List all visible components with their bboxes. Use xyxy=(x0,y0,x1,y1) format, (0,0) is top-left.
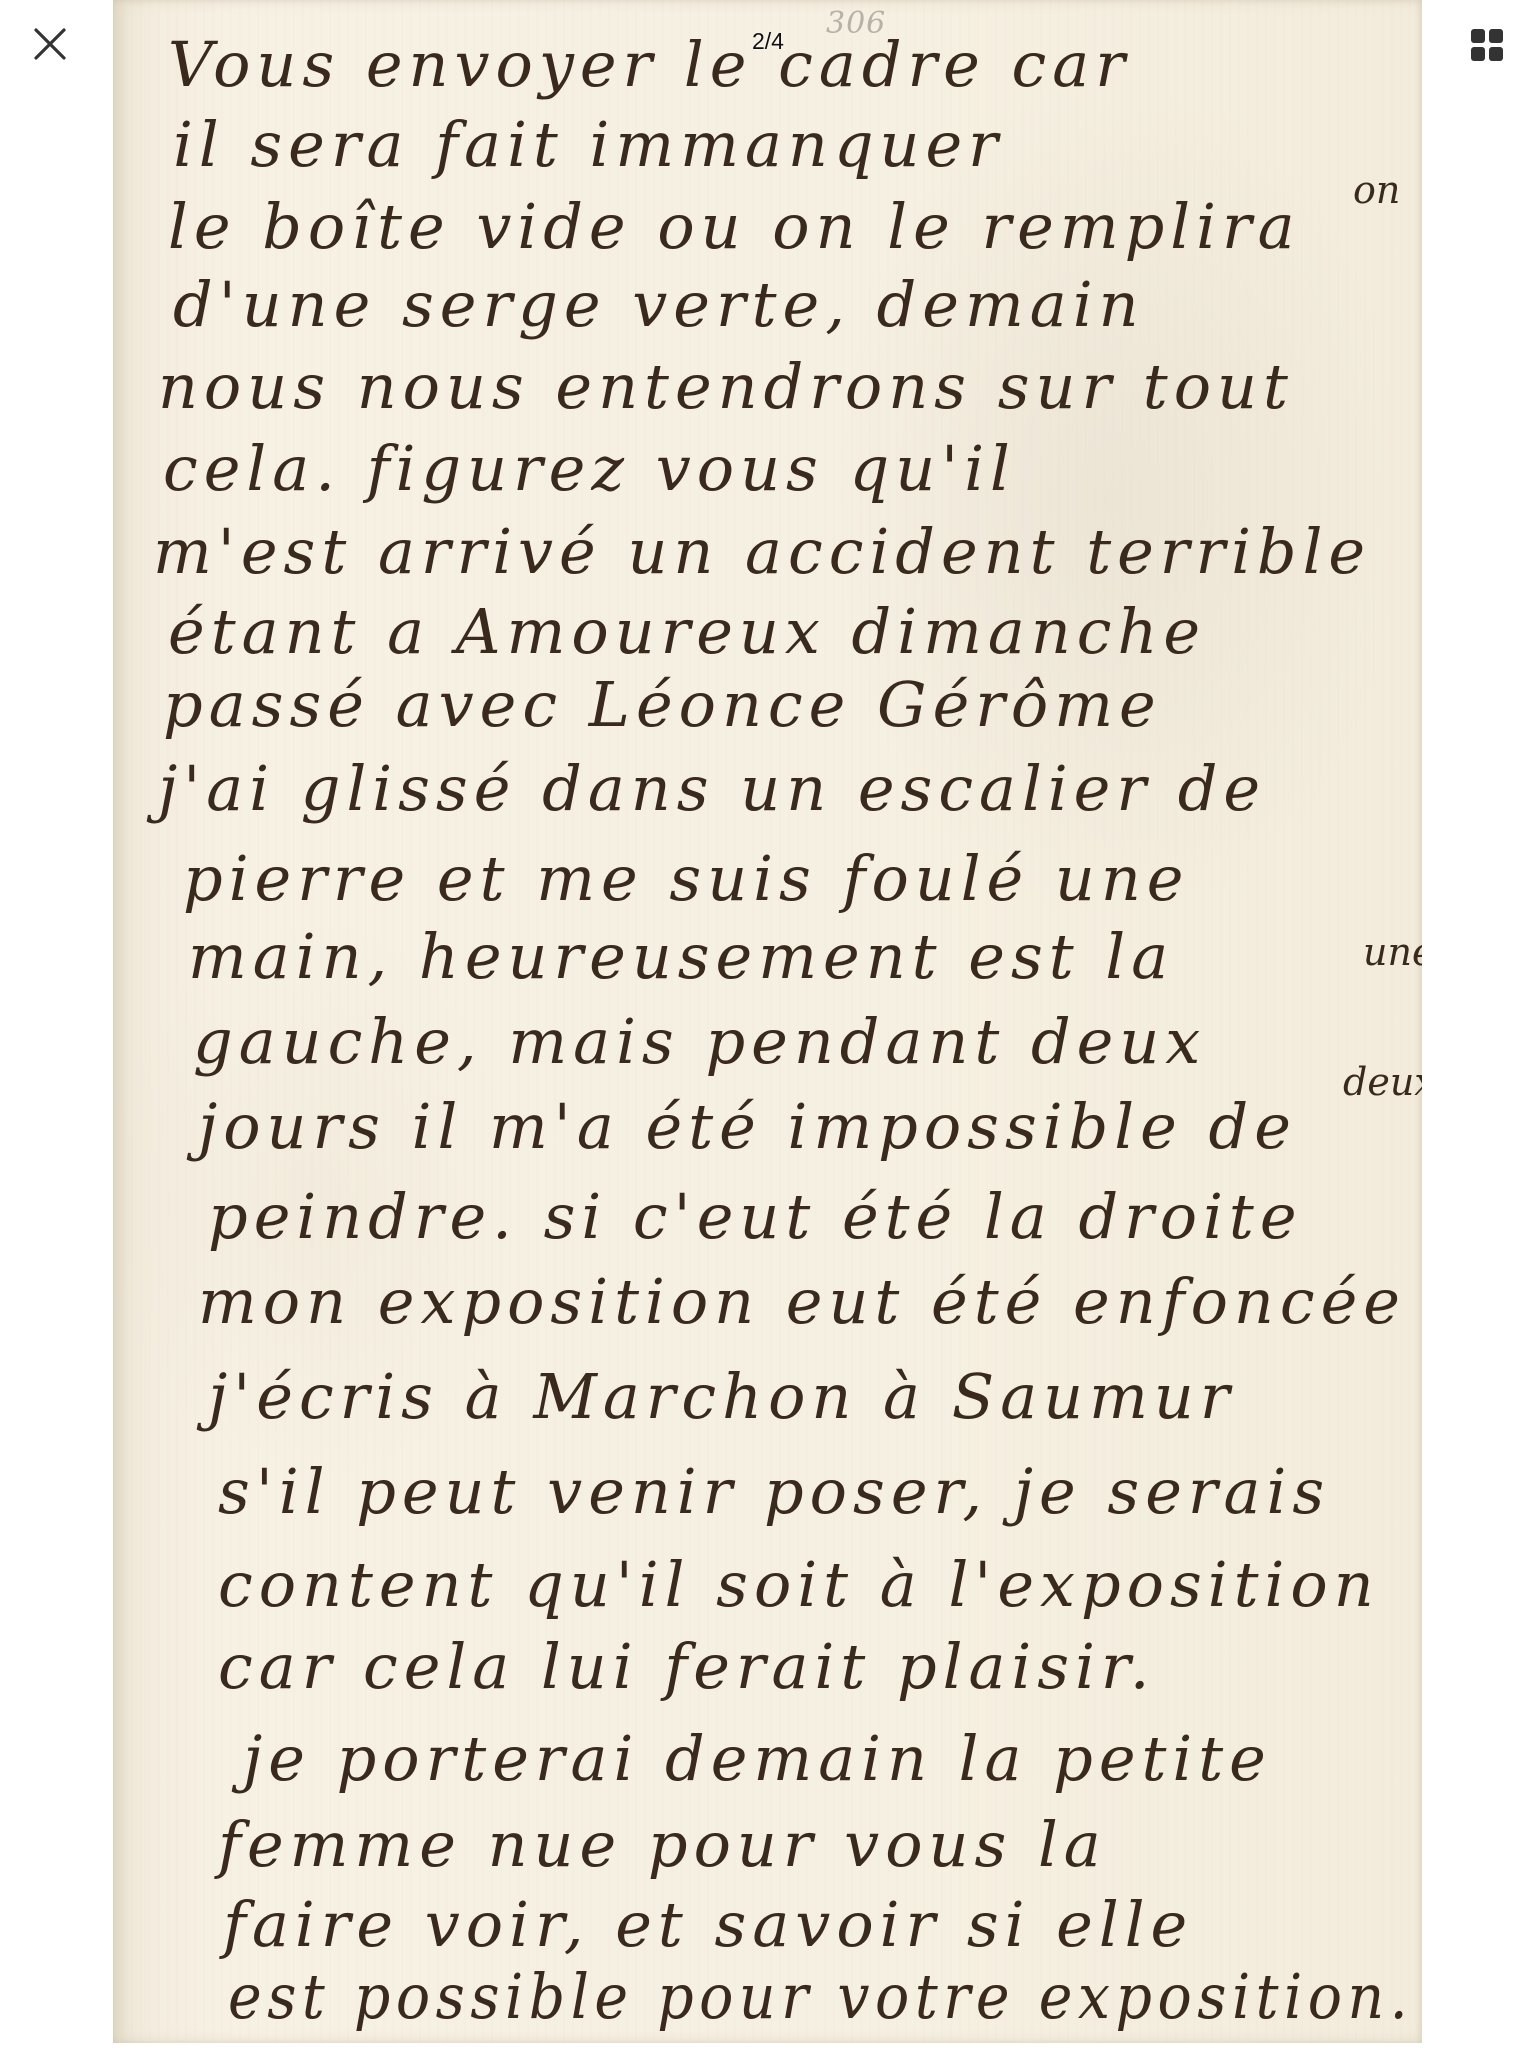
handwritten-line: main, heureusement est la xyxy=(188,920,1174,993)
handwritten-line: car cela lui ferait plaisir. xyxy=(218,1630,1155,1703)
handwritten-line: passé avec Léonce Gérôme xyxy=(163,668,1162,741)
handwritten-line: peindre. si c'eut été la droite xyxy=(208,1180,1303,1253)
handwritten-line: Vous envoyer le cadre car xyxy=(168,28,1131,101)
handwritten-line: s'il peut venir poser, je serais xyxy=(218,1455,1330,1528)
handwritten-line: j'écris à Marchon à Saumur xyxy=(208,1360,1235,1433)
margin-note: deux xyxy=(1343,1060,1422,1104)
handwritten-line: est possible pour votre exposition. xyxy=(228,1960,1413,2033)
handwritten-line: jours il m'a été impossible de xyxy=(198,1090,1297,1163)
handwritten-line: il sera fait immanquer xyxy=(173,108,1004,181)
handwritten-line: faire voir, et savoir si elle xyxy=(223,1888,1193,1961)
handwritten-line: cela. figurez vous qu'il xyxy=(163,432,1016,505)
handwritten-line: étant a Amoureux dimanche xyxy=(168,595,1206,668)
letter-page-image: 306 Vous envoyer le cadre car il sera fa… xyxy=(113,0,1422,2043)
handwritten-line: femme nue pour vous la xyxy=(218,1808,1107,1881)
handwritten-line: je porterai demain la petite xyxy=(243,1722,1272,1795)
grid-view-button[interactable] xyxy=(1466,24,1508,66)
handwritten-line: d'une serge verte, demain xyxy=(173,268,1145,341)
handwritten-line: content qu'il soit à l'exposition xyxy=(218,1548,1380,1621)
handwritten-line: m'est arrivé un accident terrible xyxy=(153,515,1371,588)
handwritten-line: j'ai glissé dans un escalier de xyxy=(158,752,1266,825)
handwritten-line: nous nous entendrons sur tout xyxy=(158,350,1294,423)
margin-note: on xyxy=(1353,168,1400,212)
page-counter: 2/4 xyxy=(728,28,808,55)
handwritten-line: le boîte vide ou on le remplira xyxy=(168,190,1301,263)
handwritten-line: pierre et me suis foulé une xyxy=(183,842,1189,915)
close-icon xyxy=(33,27,67,61)
grid-view-icon xyxy=(1470,28,1504,62)
handwritten-line: mon exposition eut été enfoncée xyxy=(198,1265,1406,1338)
margin-note: une xyxy=(1363,930,1422,974)
handwritten-line: gauche, mais pendant deux xyxy=(193,1005,1206,1078)
close-button[interactable] xyxy=(28,22,72,66)
